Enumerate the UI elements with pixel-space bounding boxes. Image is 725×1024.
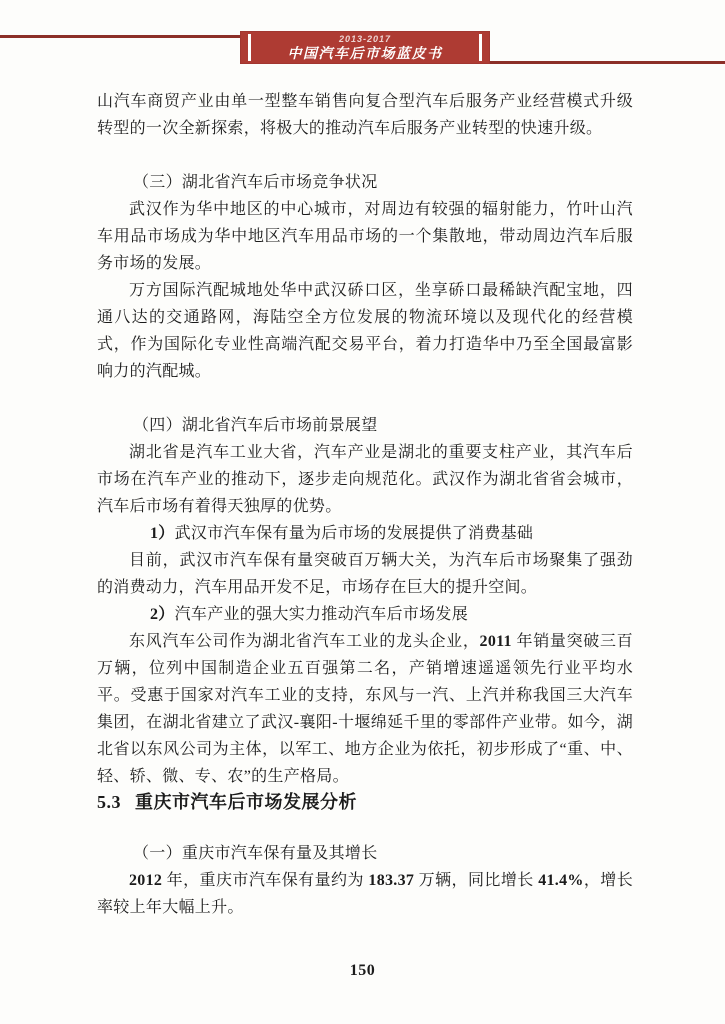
section3-paragraph-1: 武汉作为华中地区的中心城市，对周边有较强的辐射能力，竹叶山汽车用品市场成为华中地… [97,196,633,277]
value-18337-bold: 183.37 [368,872,414,889]
text-segment: 年销量突破三百万辆，位列中国制造企业五百强第二名，产销增速遥遥领先行业平均水平。… [97,633,633,785]
text-segment: 万辆，同比增长 [414,872,538,889]
subheading-2-title: 汽车产业的强大实力推动汽车后市场发展 [175,606,468,623]
section4-subheading-2: 2）汽车产业的强大实力推动汽车后市场发展 [97,601,633,628]
section53-paragraph-1: 2012 年，重庆市汽车保有量约为 183.37 万辆，同比增长 41.4%，增… [97,867,633,921]
banner-stripe-left [248,34,251,61]
subheading-2-number: 2） [150,606,175,623]
header-rule-right [488,61,725,64]
section53-title: 重庆市汽车后市场发展分析 [135,792,357,812]
subheading-1-title: 武汉市汽车保有量为后市场的发展提供了消费基础 [175,525,534,542]
section53-heading: 5.3重庆市汽车后市场发展分析 [97,790,633,814]
paragraph-continuation: 山汽车商贸产业由单一型整车销售向复合型汽车后服务产业经营模式升级转型的一次全新探… [97,88,633,142]
header-banner: 2013-2017 中国汽车后市场蓝皮书 [240,31,490,64]
page-number: 150 [0,962,725,980]
banner-years: 2013-2017 [339,35,391,44]
value-414pct-bold: 41.4% [538,872,584,889]
banner-stripe-right [479,34,482,61]
banner-book-title: 中国汽车后市场蓝皮书 [288,46,443,60]
header-rule-left [0,35,242,38]
section3-heading: （三）湖北省汽车后市场竞争状况 [97,169,633,196]
subheading-1-number: 1） [150,525,175,542]
section3-paragraph-2: 万方国际汽配城地处华中武汉硚口区，坐享硚口最稀缺汽配宝地，四通八达的交通路网，海… [97,277,633,385]
section53-subheading-1: （一）重庆市汽车保有量及其增长 [97,840,633,867]
section53-number: 5.3 [97,792,121,812]
section4-subparagraph-1: 目前，武汉市汽车保有量突破百万辆大关，为汽车后市场聚集了强劲的消费动力，汽车用品… [97,547,633,601]
text-segment: 东风汽车公司作为湖北省汽车工业的龙头企业， [129,633,480,650]
year-2012-bold: 2012 [129,872,162,889]
section4-paragraph-1: 湖北省是汽车工业大省，汽车产业是湖北的重要支柱产业，其汽车后市场在汽车产业的推动… [97,439,633,520]
section4-subheading-1: 1）武汉市汽车保有量为后市场的发展提供了消费基础 [97,520,633,547]
text-segment: 年，重庆市汽车保有量约为 [162,872,368,889]
section4-heading: （四）湖北省汽车后市场前景展望 [97,412,633,439]
document-page: 2013-2017 中国汽车后市场蓝皮书 山汽车商贸产业由单一型整车销售向复合型… [0,0,725,1024]
page-content: 山汽车商贸产业由单一型整车销售向复合型汽车后服务产业经营模式升级转型的一次全新探… [97,88,633,921]
year-2011-bold: 2011 [480,633,512,650]
banner-text: 2013-2017 中国汽车后市场蓝皮书 [254,31,476,64]
section4-subparagraph-2: 东风汽车公司作为湖北省汽车工业的龙头企业，2011 年销量突破三百万辆，位列中国… [97,628,633,790]
